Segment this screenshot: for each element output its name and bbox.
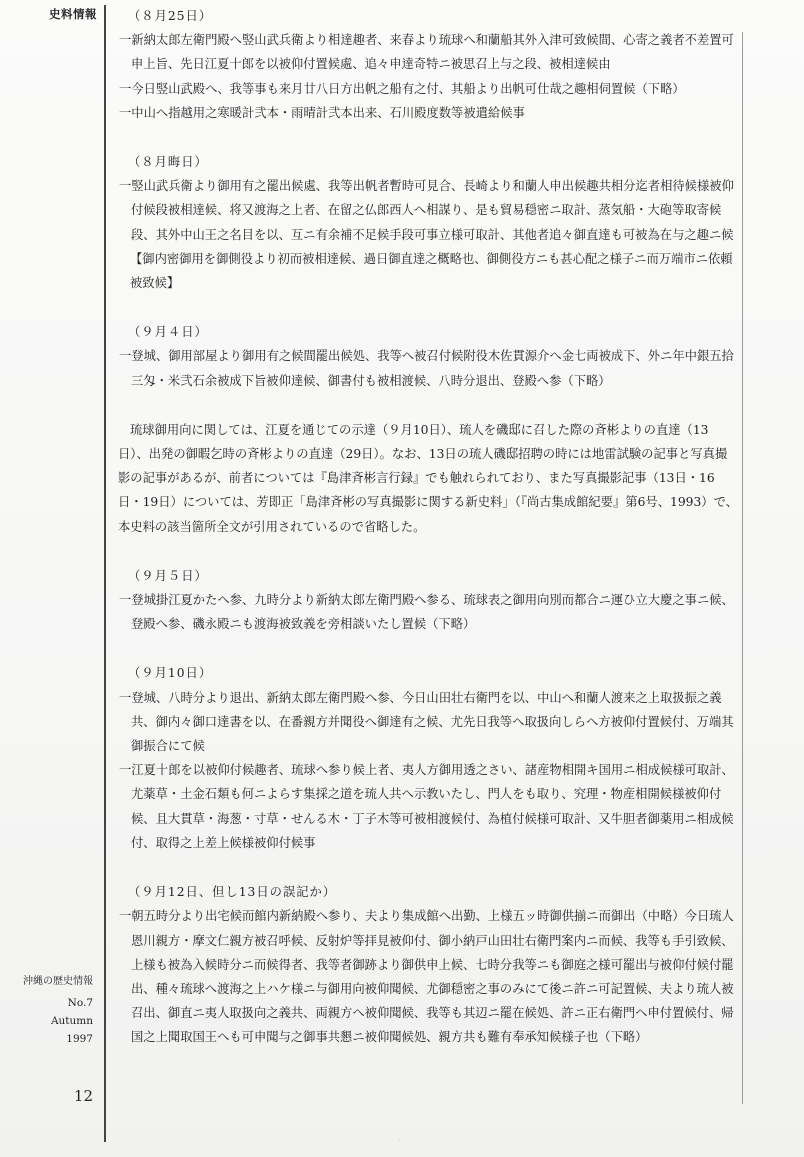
entry-date: （８月25日） xyxy=(118,4,738,28)
main-text: （８月25日） 一新納太郎左衛門殿へ竪山武兵衛より相達趣者、来春より琉球へ和蘭船… xyxy=(118,4,738,1075)
entry-item: 一登城、御用部屋より御用有之候間罷出候処、我等へ被召付候附役木佐貫源介へ金七両被… xyxy=(119,344,738,392)
left-vertical-rule xyxy=(104,5,106,1142)
entry-item: 一今日竪山武殿へ、我等事も来月廿八日方出帆之船有之付、其船より出帆可仕哉之趣相伺… xyxy=(119,77,738,101)
entry-sep-12: （９月12日、但し13日の誤記か） 一朝五時分より出宅候而館内新納殿へ参り、夫よ… xyxy=(118,880,738,1049)
journal-year: 1997 xyxy=(23,1030,93,1048)
entry-date: （８月晦日） xyxy=(118,150,738,174)
commentary-paragraph: 琉球御用向に関しては、江夏を通じての示達（９月10日）、琉人を磯邸に召した際の斉… xyxy=(118,418,738,539)
entry-date: （９月10日） xyxy=(118,661,738,685)
entry-sep-10: （９月10日） 一登城、八時分より退出、新納太郎左衛門殿へ参、今日山田壮右衛門を… xyxy=(118,661,738,855)
entry-date: （９月12日、但し13日の誤記か） xyxy=(118,880,738,904)
section-label: 史料情報 xyxy=(49,6,97,22)
entry-item: 一登城、八時分より退出、新納太郎左衛門殿へ参、今日山田壮右衛門を以、中山へ和蘭人… xyxy=(119,686,738,759)
entry-sep-5: （９月５日） 一登城掛江夏かたへ参、九時分より新納太郎左衛門殿へ参る、琉球表之御… xyxy=(118,564,738,637)
entry-item: 一竪山武兵衛より御用有之罷出候處、我等出帆者暫時可見合、長崎より和蘭人申出候趣共… xyxy=(119,174,738,247)
entry-date: （９月４日） xyxy=(118,320,738,344)
entry-item: 一新納太郎左衛門殿へ竪山武兵衛より相達趣者、来春より琉球へ和蘭船其外入津可致候間… xyxy=(119,28,738,76)
entry-note: 【御内密御用を御側役より初而被相達候、過日御直達之概略也、御側役方ニも甚心配之様… xyxy=(118,247,738,295)
page-number: 12 xyxy=(74,1087,93,1105)
entry-aug-last: （８月晦日） 一竪山武兵衛より御用有之罷出候處、我等出帆者暫時可見合、長崎より和… xyxy=(118,150,738,295)
entry-item: 一中山へ指越用之寒暖計弐本・雨晴計弐本出来、石川殿度数等被遣給候事 xyxy=(119,101,738,125)
journal-info: 沖縄の歴史情報 No.7 Autumn 1997 xyxy=(23,973,93,1048)
left-margin: 史料情報 沖縄の歴史情報 No.7 Autumn 1997 12 xyxy=(0,0,100,1157)
entry-date: （９月５日） xyxy=(118,564,738,588)
entry-item: 一朝五時分より出宅候而館内新納殿へ参り、夫より集成館へ出勤、上様五ッ時御供揃ニ而… xyxy=(119,904,738,1049)
journal-season: Autumn xyxy=(23,1012,93,1030)
journal-title: 沖縄の歴史情報 xyxy=(23,973,93,991)
document-page: 史料情報 沖縄の歴史情報 No.7 Autumn 1997 12 （８月25日）… xyxy=(0,0,804,1157)
journal-issue: No.7 xyxy=(23,994,93,1012)
entry-sep-4: （９月４日） 一登城、御用部屋より御用有之候間罷出候処、我等へ被召付候附役木佐貫… xyxy=(118,320,738,393)
entry-aug-25: （８月25日） 一新納太郎左衛門殿へ竪山武兵衛より相達趣者、来春より琉球へ和蘭船… xyxy=(118,4,738,125)
scan-speck: · xyxy=(398,1136,401,1145)
right-vertical-rule xyxy=(742,32,743,1104)
entry-item: 一登城掛江夏かたへ参、九時分より新納太郎左衛門殿へ参る、琉球表之御用向別而都合ニ… xyxy=(119,588,738,636)
entry-item: 一江夏十郎を以被仰付候趣者、琉球へ参り候上者、夷人方御用透之さい、諸産物相開キ国… xyxy=(119,758,738,855)
